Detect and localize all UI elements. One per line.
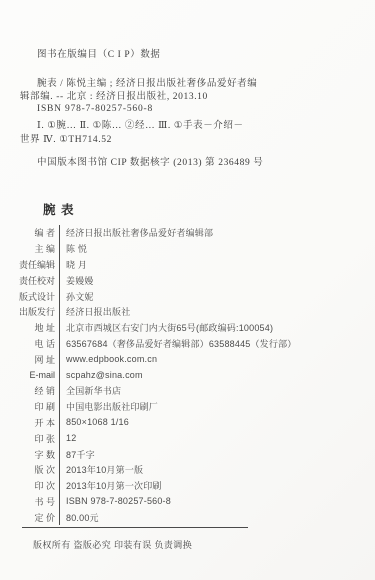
colophon-row-label: 印 次 (17, 479, 59, 492)
cip-classification-line1: Ⅰ. ①腕… Ⅱ. ①陈… ②经… Ⅲ. ①手表－介绍－ (20, 120, 357, 134)
cip-classification-line2: 世界 Ⅳ. ①TH714.52 (20, 134, 357, 148)
colophon-row: 印 次 2013年10月第一次印刷 (17, 478, 361, 494)
colophon-row: 印 张 12 (17, 430, 361, 446)
colophon-row: 网 址 www.edpbook.com.cn (17, 351, 361, 367)
cip-isbn: ISBN 978-7-80257-560-8 (20, 104, 357, 114)
colophon-row-label: 主 编 (17, 242, 59, 255)
colophon-row-label: 出版发行 (17, 305, 59, 318)
colophon-row: 字 数 87千字 (17, 446, 361, 462)
colophon-row-value: 中国电影出版社印刷厂 (59, 399, 361, 415)
colophon-row-value: 北京市西城区右安门内大街65号(邮政编码:100054) (59, 320, 361, 336)
colophon-row-value: 2013年10月第一版 (59, 462, 361, 478)
colophon-row: 编 者 经济日报出版社奢侈品爱好者编辑部 (17, 225, 361, 241)
colophon: 腕 表 编 者 经济日报出版社奢侈品爱好者编辑部 主 编 陈 悦 责任编辑 晓 … (17, 200, 361, 525)
cip-entry-line2: 辑部编. -- 北京 : 经济日报出版社, 2013.10 (20, 91, 357, 104)
colophon-row: 主 编 陈 悦 (17, 241, 361, 257)
colophon-row-label: 印 张 (17, 432, 59, 445)
cip-record-number: 中国版本图书馆 CIP 数据核字 (2013) 第 236489 号 (20, 154, 357, 168)
colophon-row-label: 经 销 (17, 384, 59, 397)
cip-record: 图书在版编目（C I P）数据 腕表 / 陈悦主编 ; 经济日报出版社奢侈品爱好… (20, 46, 357, 168)
colophon-row-label: 电 话 (17, 337, 59, 350)
colophon-row: 出版发行 经济日报出版社 (17, 304, 361, 320)
book-title: 腕 表 (43, 200, 361, 218)
colophon-row-label: 地 址 (17, 321, 59, 334)
colophon-row-label: 定 价 (17, 511, 59, 524)
colophon-row-label: 版式设计 (17, 290, 59, 303)
colophon-table: 编 者 经济日报出版社奢侈品爱好者编辑部 主 编 陈 悦 责任编辑 晓 月 责任… (17, 225, 361, 525)
colophon-row-value: 12 (59, 430, 361, 446)
colophon-row-value: 63567684（奢侈品爱好者编辑部）63588445（发行部） (59, 336, 361, 352)
colophon-row-label: 责任校对 (17, 274, 59, 287)
colophon-row-value: 850×1068 1/16 (59, 415, 361, 431)
colophon-row-label: 责任编辑 (17, 258, 59, 271)
cip-entry-line1: 腕表 / 陈悦主编 ; 经济日报出版社奢侈品爱好者编 (20, 78, 357, 91)
colophon-row-value: 陈 悦 (59, 241, 361, 257)
colophon-row-value: 全国新华书店 (59, 383, 361, 399)
colophon-row-label: 书 号 (17, 495, 59, 508)
colophon-row: 版 次 2013年10月第一版 (17, 462, 361, 478)
colophon-row: 印 刷 中国电影出版社印刷厂 (17, 399, 361, 415)
colophon-row-value: www.edpbook.com.cn (59, 351, 361, 367)
colophon-row: 定 价 80.00元 (17, 509, 361, 525)
colophon-row-value: 2013年10月第一次印刷 (59, 478, 361, 494)
colophon-row-value: 80.00元 (59, 509, 361, 525)
colophon-row-value: scpahz@sina.com (59, 367, 361, 383)
colophon-row: 责任编辑 晓 月 (17, 257, 361, 273)
colophon-row-value: 晓 月 (59, 257, 361, 273)
colophon-row: E-mail scpahz@sina.com (17, 367, 361, 383)
colophon-row-label: 编 者 (17, 226, 59, 239)
colophon-row-value: 经济日报出版社奢侈品爱好者编辑部 (59, 225, 361, 241)
cip-heading: 图书在版编目（C I P）数据 (20, 46, 357, 60)
copyright-page: 图书在版编目（C I P）数据 腕表 / 陈悦主编 ; 经济日报出版社奢侈品爱好… (0, 0, 375, 580)
colophon-row-value: 孙文妮 (59, 288, 361, 304)
colophon-row-label: 字 数 (17, 448, 59, 461)
colophon-row-label: E-mail (17, 370, 59, 380)
footer-divider (22, 527, 248, 528)
colophon-row-label: 印 刷 (17, 400, 59, 413)
copyright-notice: 版权所有 盗版必究 印装有误 负责调换 (33, 538, 192, 551)
colophon-row: 经 销 全国新华书店 (17, 383, 361, 399)
colophon-row-value: ISBN 978-7-80257-560-8 (59, 494, 361, 510)
colophon-row: 书 号 ISBN 978-7-80257-560-8 (17, 494, 361, 510)
colophon-row-label: 网 址 (17, 353, 59, 366)
colophon-row-value: 姜嫚嫚 (59, 272, 361, 288)
colophon-row: 开 本 850×1068 1/16 (17, 415, 361, 431)
colophon-row-value: 经济日报出版社 (59, 304, 361, 320)
colophon-row: 责任校对 姜嫚嫚 (17, 272, 361, 288)
colophon-row-label: 版 次 (17, 463, 59, 476)
colophon-row: 地 址 北京市西城区右安门内大街65号(邮政编码:100054) (17, 320, 361, 336)
colophon-row-value: 87千字 (59, 446, 361, 462)
colophon-row: 版式设计 孙文妮 (17, 288, 361, 304)
colophon-row: 电 话 63567684（奢侈品爱好者编辑部）63588445（发行部） (17, 336, 361, 352)
colophon-row-label: 开 本 (17, 416, 59, 429)
